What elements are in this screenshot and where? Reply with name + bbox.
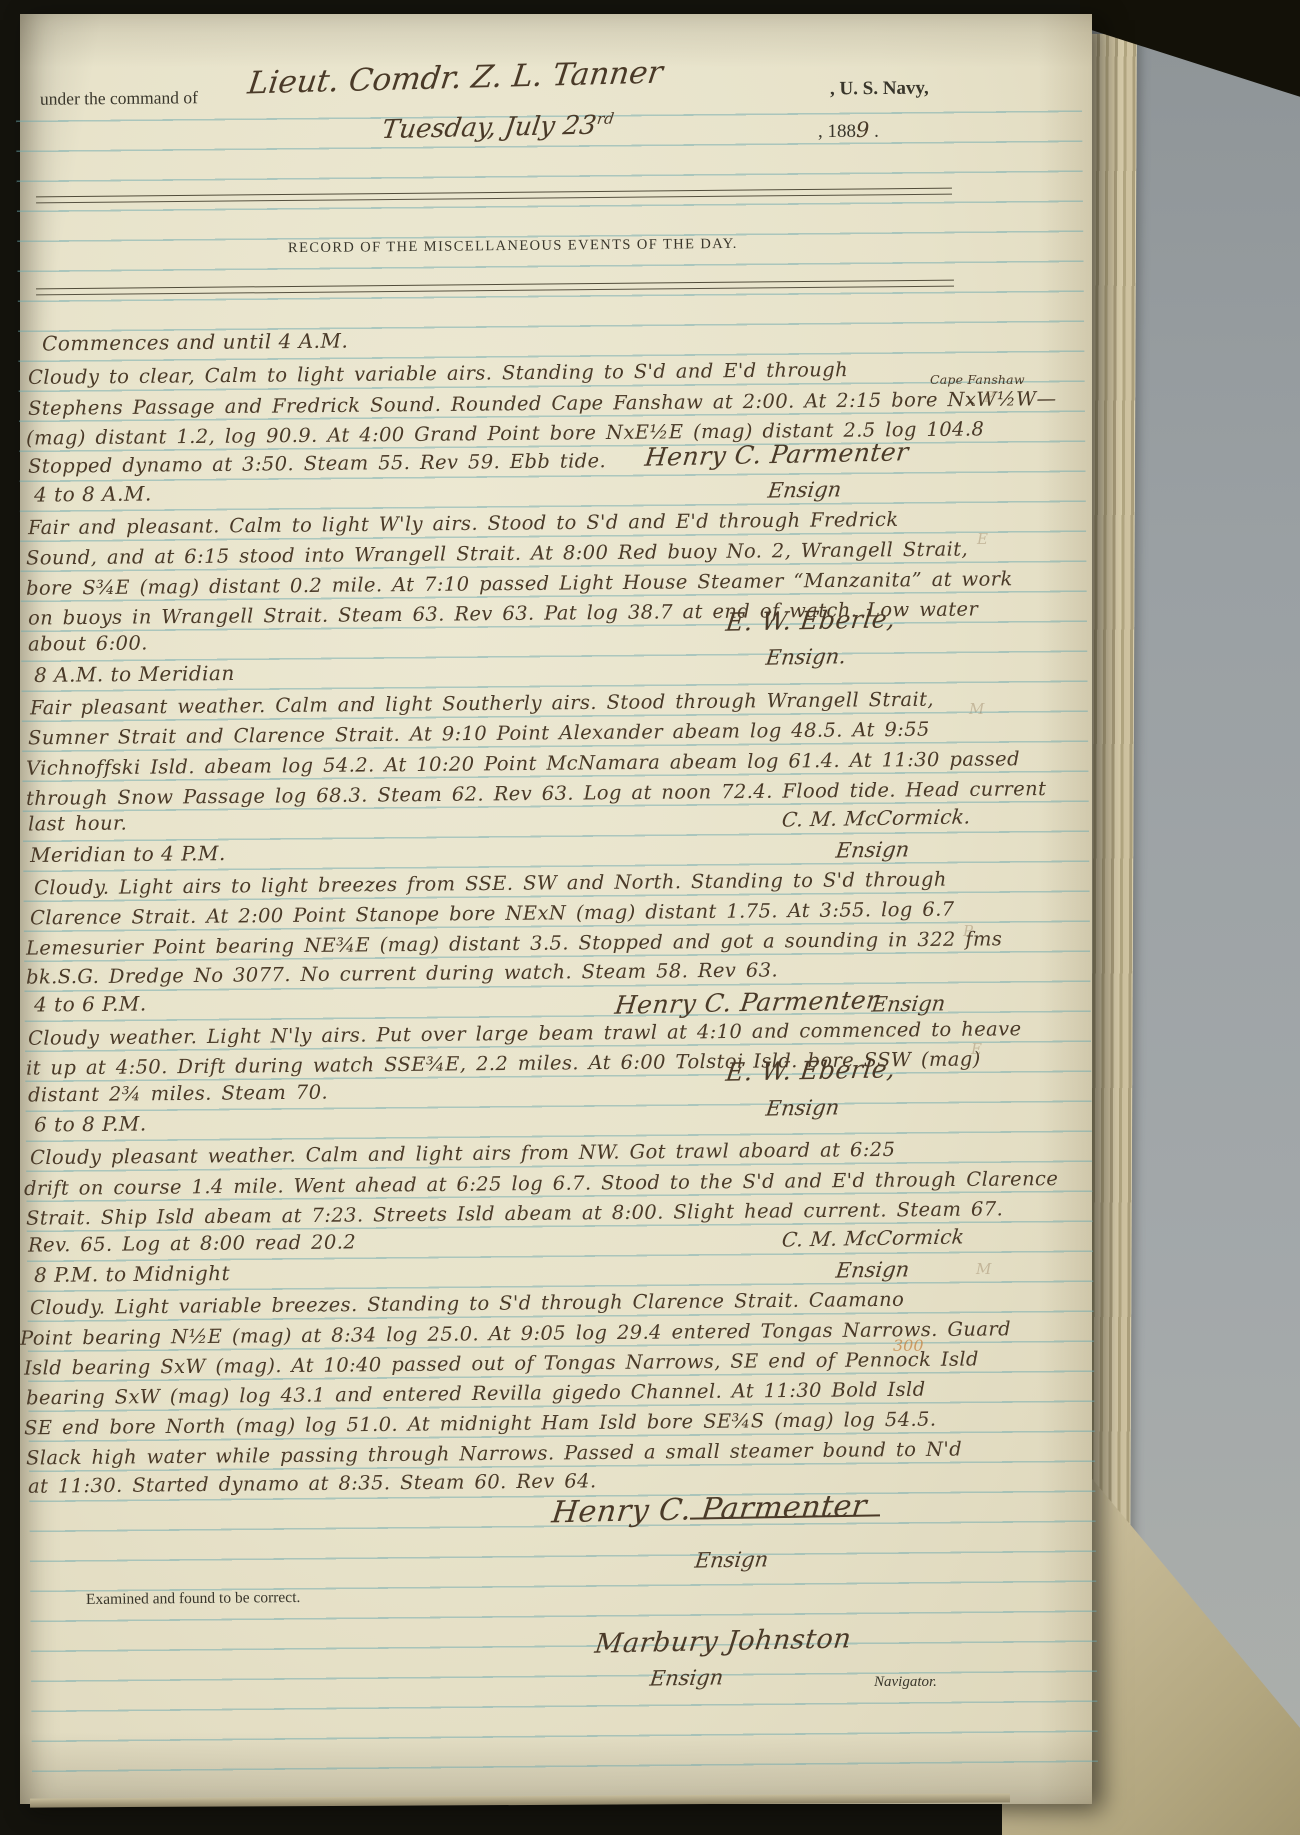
navigator-label: Navigator. — [874, 1674, 937, 1691]
officer-signature: C. M. McCormick — [781, 1224, 966, 1251]
officer-signature: E. W. Eberle, — [724, 604, 897, 637]
margin-mark: E — [977, 530, 988, 548]
examined-label: Examined and found to be correct. — [86, 1589, 301, 1609]
officer-rank: Ensign. — [765, 644, 848, 669]
year-label: , 1889 . — [818, 118, 879, 143]
entry-heading: 6 to 8 P.M. — [34, 1111, 147, 1136]
entry-heading: 4 to 6 P.M. — [34, 991, 147, 1016]
entry-heading: 8 P.M. to Midnight — [34, 1261, 230, 1287]
officer-signature: Henry C. Parmenter — [550, 1489, 869, 1531]
officer-signature: C. M. McCormick. — [781, 804, 972, 831]
entry-line: last hour. — [28, 812, 127, 836]
officer-rank: Ensign — [871, 991, 947, 1016]
officer-rank: Ensign — [835, 837, 911, 862]
officer-rank: Ensign — [767, 477, 843, 502]
year-digit: 9 — [856, 118, 869, 142]
entry-line: about 6:00. — [28, 631, 148, 655]
margin-mark: E — [971, 1040, 982, 1058]
date-handwritten: Tuesday, July 23rd — [380, 110, 615, 146]
entry-heading: Commences and until 4 A.M. — [42, 329, 348, 356]
insert-note: Cape Fanshaw — [930, 372, 1025, 387]
pencil-note: 300 — [893, 1336, 924, 1355]
officer-signature: Henry C. Parmenter — [613, 985, 880, 1020]
command-label: under the command of — [40, 87, 198, 110]
officer-signature: E. W. Eberle, — [724, 1054, 897, 1087]
entry-heading: Meridian to 4 P.M. — [30, 841, 226, 867]
entry-heading: 8 A.M. to Meridian — [34, 661, 235, 687]
navy-label: , U. S. Navy, — [830, 78, 929, 101]
officer-rank: Ensign — [694, 1547, 770, 1572]
year-suffix: . — [869, 121, 879, 142]
entry-line: Rev. 65. Log at 8:00 read 20.2 — [28, 1230, 356, 1256]
margin-mark: M — [976, 1260, 991, 1278]
officer-rank: Ensign — [835, 1257, 911, 1282]
margin-mark: M — [969, 700, 984, 718]
year-prefix: , 188 — [818, 121, 856, 142]
entry-line: distant 2¾ miles. Steam 70. — [28, 1081, 328, 1107]
entry-heading: 4 to 8 A.M. — [34, 481, 152, 506]
officer-rank: Ensign — [765, 1095, 841, 1120]
date-suffix: rd — [596, 110, 615, 128]
margin-mark: P — [963, 922, 973, 940]
date-text: Tuesday, July 23 — [380, 111, 598, 146]
logbook-photo: under the command of Lieut. Comdr. Z. L.… — [0, 0, 1300, 1835]
footer-rank: Ensign — [649, 1665, 725, 1690]
margin-mark: P — [984, 388, 994, 406]
officer-signature: Henry C. Parmenter — [643, 437, 910, 472]
footer-signature: Marbury Johnston — [593, 1623, 853, 1659]
